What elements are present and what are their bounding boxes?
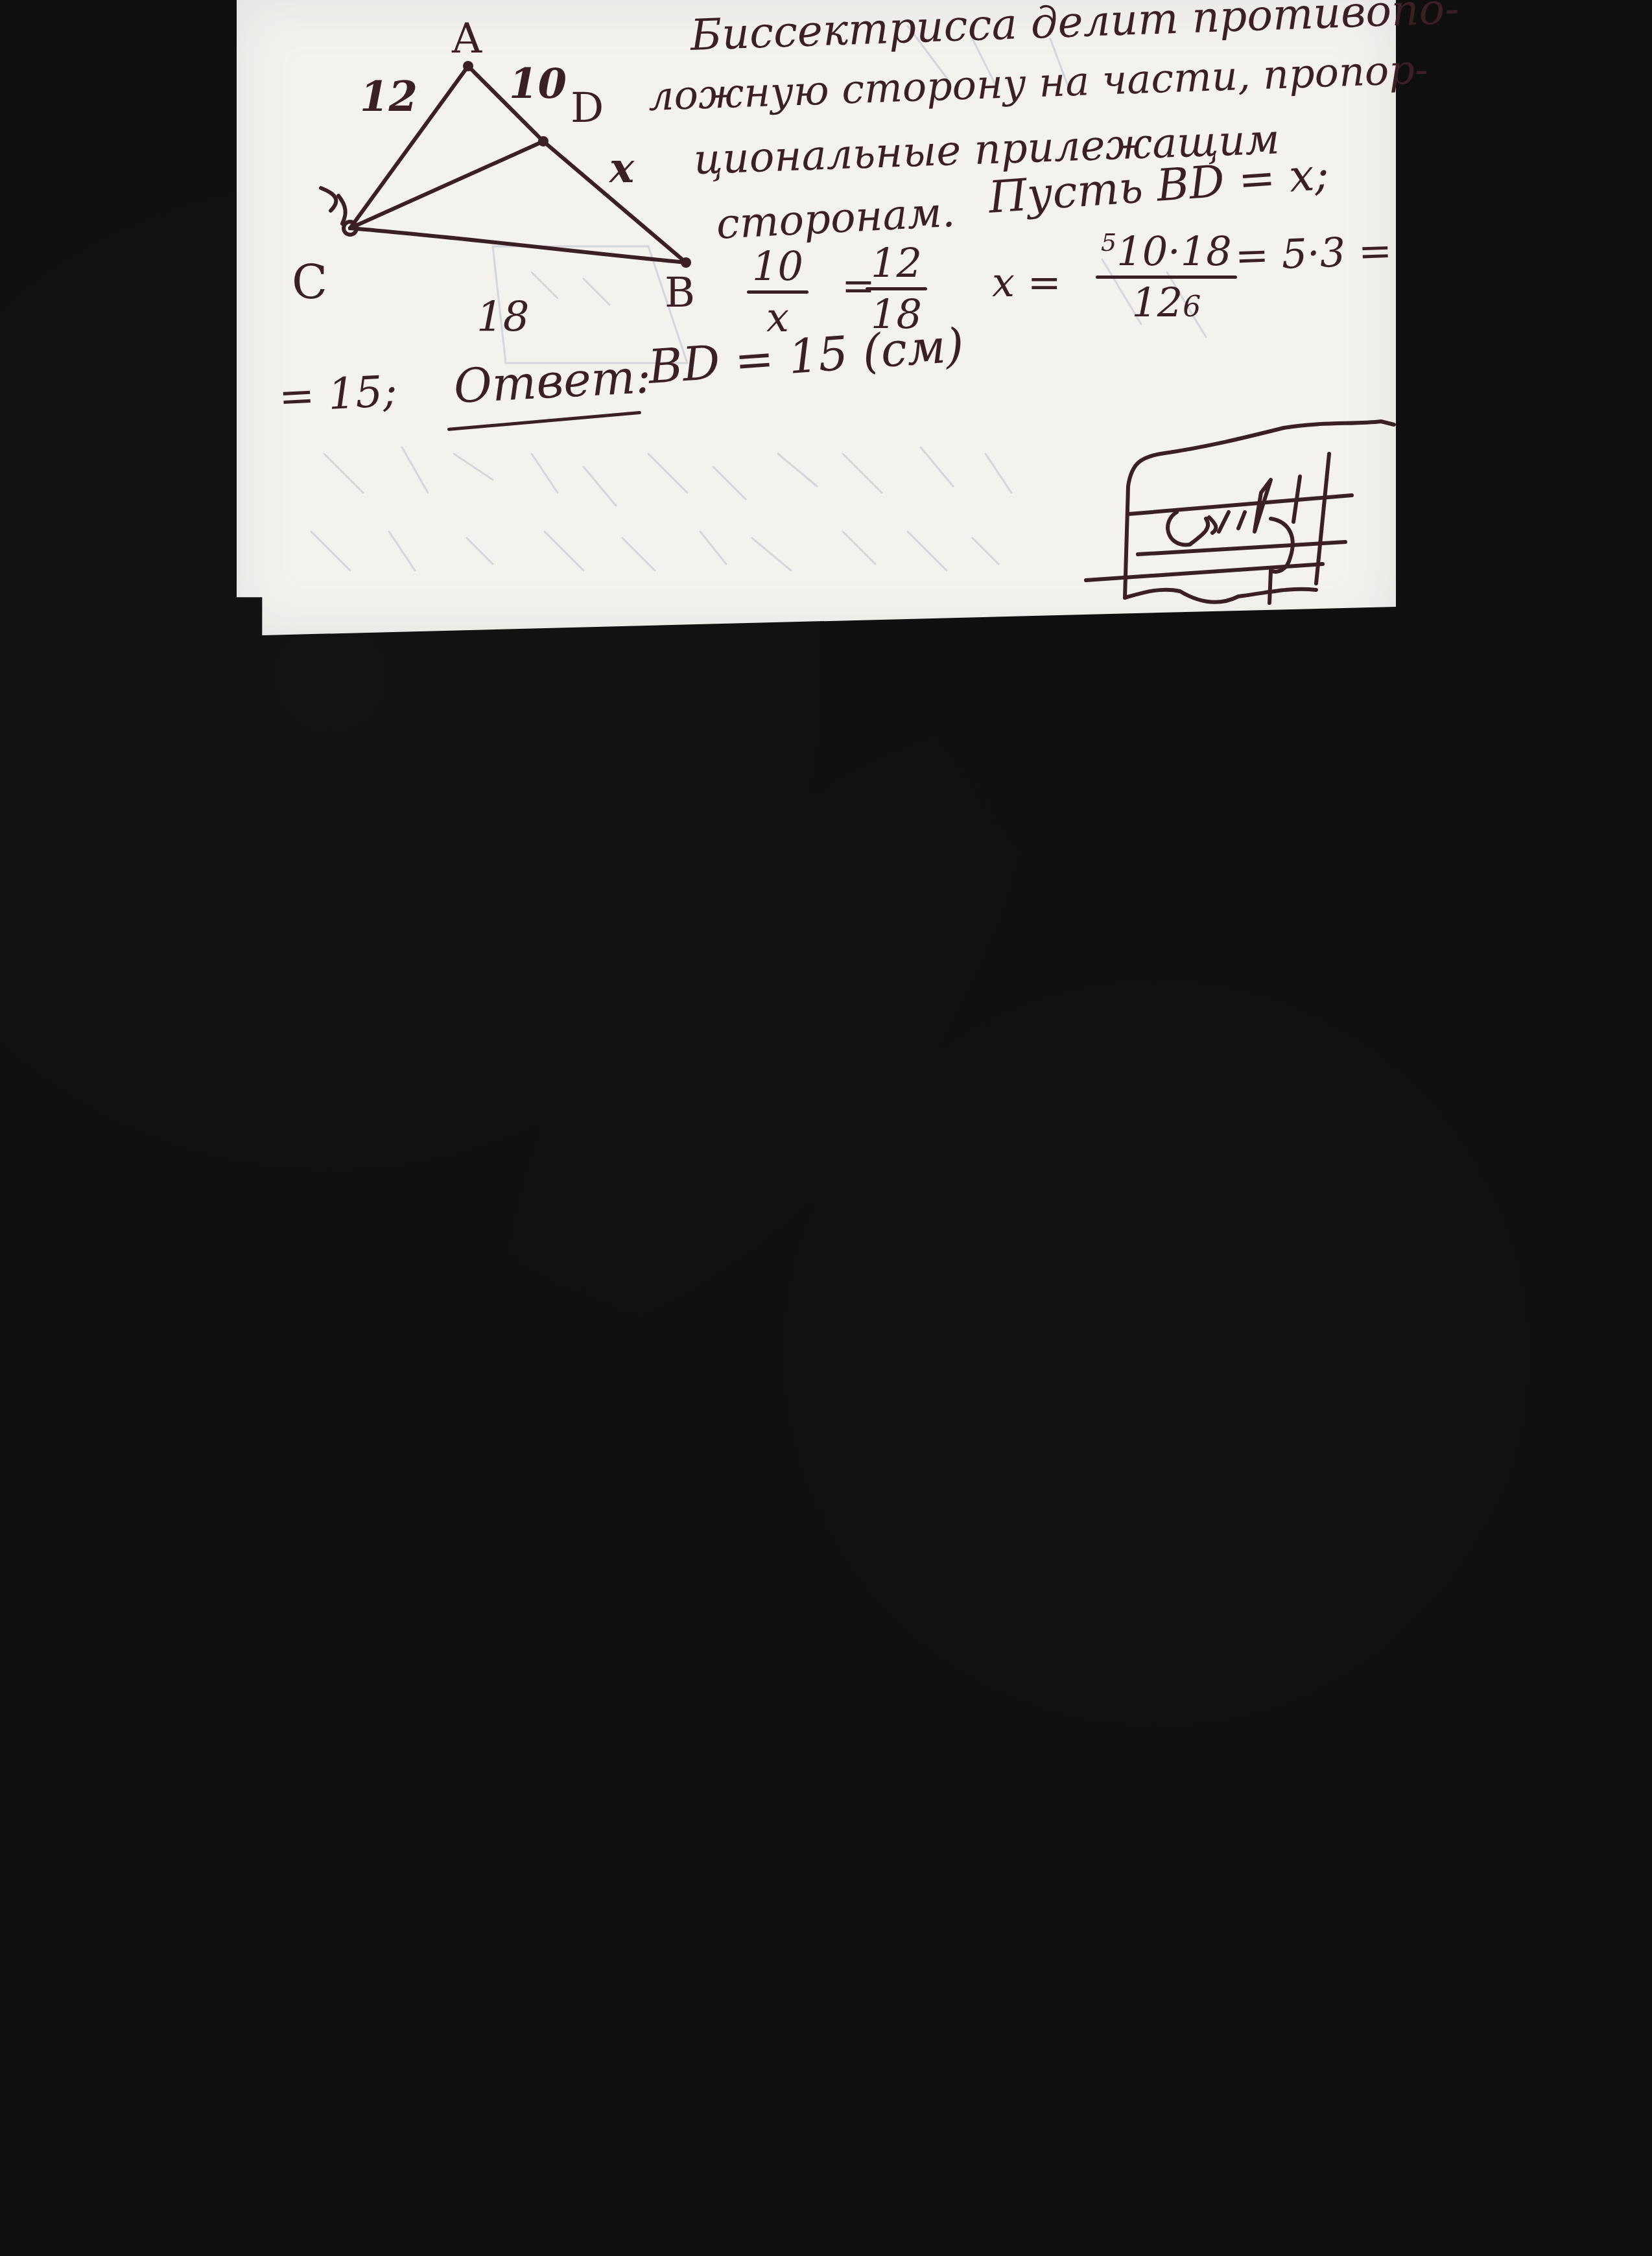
bisector-cd [350, 141, 543, 228]
answer-label: Ответ: [453, 353, 652, 410]
cancel-factor-6: 6 [1183, 290, 1201, 323]
continuation-15: = 15; [277, 370, 398, 418]
vertex-label-b: B [665, 272, 695, 314]
numerator-value: 10·18 [1116, 228, 1232, 275]
angle-arc-2 [338, 196, 346, 224]
side-label-cb: 18 [477, 297, 529, 338]
side-label-ca: 12 [360, 76, 418, 118]
fraction-numerator: 10 [747, 246, 808, 290]
fraction-10-over-x: 10 x [747, 246, 808, 338]
x-result: = 5·3 = [1234, 231, 1393, 276]
fraction-numerator: 12 [866, 243, 927, 287]
vertex-label-d: D [571, 88, 604, 129]
vertex-d-dot [538, 136, 549, 147]
text-line-4a: сторонам. [715, 192, 956, 246]
side-label-ad: 10 [509, 64, 567, 105]
vertex-label-a: A [452, 18, 482, 60]
side-label-db: x [609, 148, 634, 189]
fraction-numerator: 510·18 [1096, 230, 1237, 276]
denominator-value: 12 [1131, 279, 1183, 326]
vertex-label-c: C [292, 259, 327, 306]
fraction-denominator: 126 [1126, 279, 1206, 323]
angle-arc-1 [321, 188, 336, 211]
fraction-x-solution: 510·18 126 [1096, 230, 1237, 323]
signature-box [1086, 421, 1394, 603]
vertex-b-dot [681, 257, 691, 268]
cancel-factor-5: 5 [1101, 228, 1116, 257]
x-equals-label: x = [992, 263, 1061, 303]
